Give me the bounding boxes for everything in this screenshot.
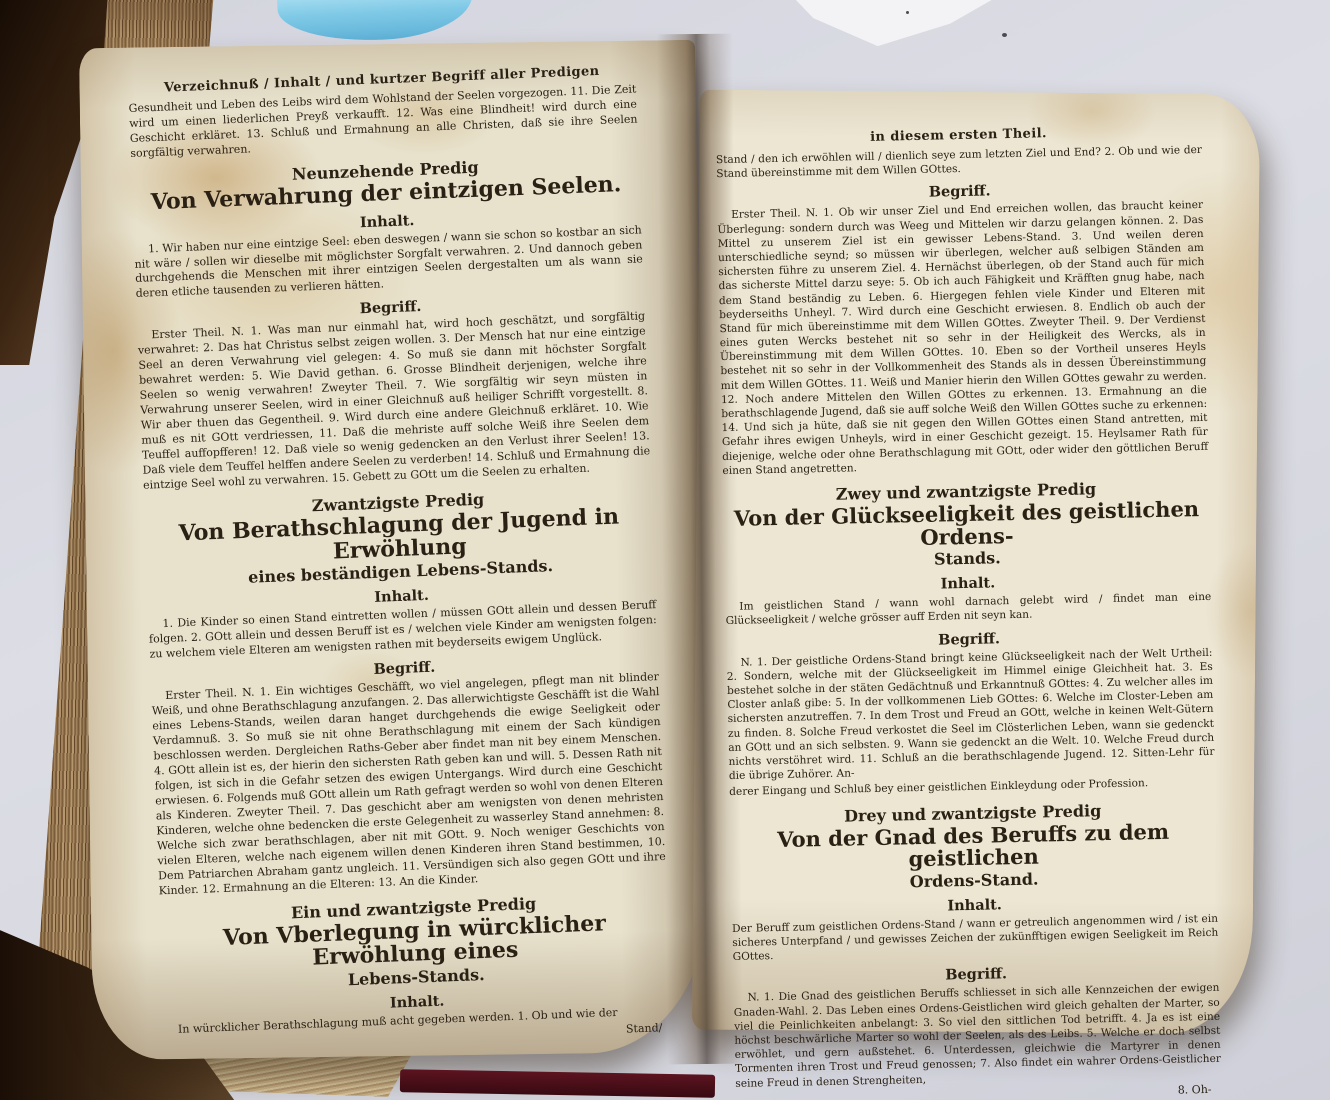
antique-book-photo: Verzeichnuß / Inhalt / und kurtzer Begri… [0, 0, 1330, 1100]
left-page: Verzeichnuß / Inhalt / und kurtzer Begri… [79, 40, 709, 1061]
sermon20-begriff: Erster Theil. N. 1. Ein wichtiges Geschä… [151, 670, 667, 899]
left-page-text: Verzeichnuß / Inhalt / und kurtzer Begri… [128, 63, 673, 1054]
dust-speck [906, 11, 909, 14]
sermon22-begriff: N. 1. Der geistliche Ordens-Stand bringt… [726, 645, 1215, 783]
intro-paragraph-left: Gesundheit und Leben des Leibs wird dem … [128, 83, 638, 162]
gutter-shadow [657, 34, 744, 1065]
sermon23-inhalt: Der Beruff zum geistlichen Ordens-Stand … [732, 912, 1219, 965]
right-page-text: in diesem ersten Theil. Stand / den ich … [715, 123, 1221, 1100]
right-page: in diesem ersten Theil. Stand / den ich … [692, 90, 1260, 1035]
sermon21-begriff: Erster Theil. N. 1. Ob wir unser Ziel un… [717, 198, 1209, 478]
dust-speck [1002, 33, 1007, 37]
sermon23-begriff: N. 1. Die Gnad des geistlichen Beruffs s… [733, 981, 1221, 1090]
sermon19-begriff: Erster Theil. N. 1. Was man nur einmahl … [137, 310, 651, 494]
intro-paragraph-right: Stand / den ich erwöhlen will / dienlich… [716, 143, 1202, 182]
sermon22-inhalt: Im geistlichen Stand / wann wohl darnach… [725, 590, 1211, 629]
